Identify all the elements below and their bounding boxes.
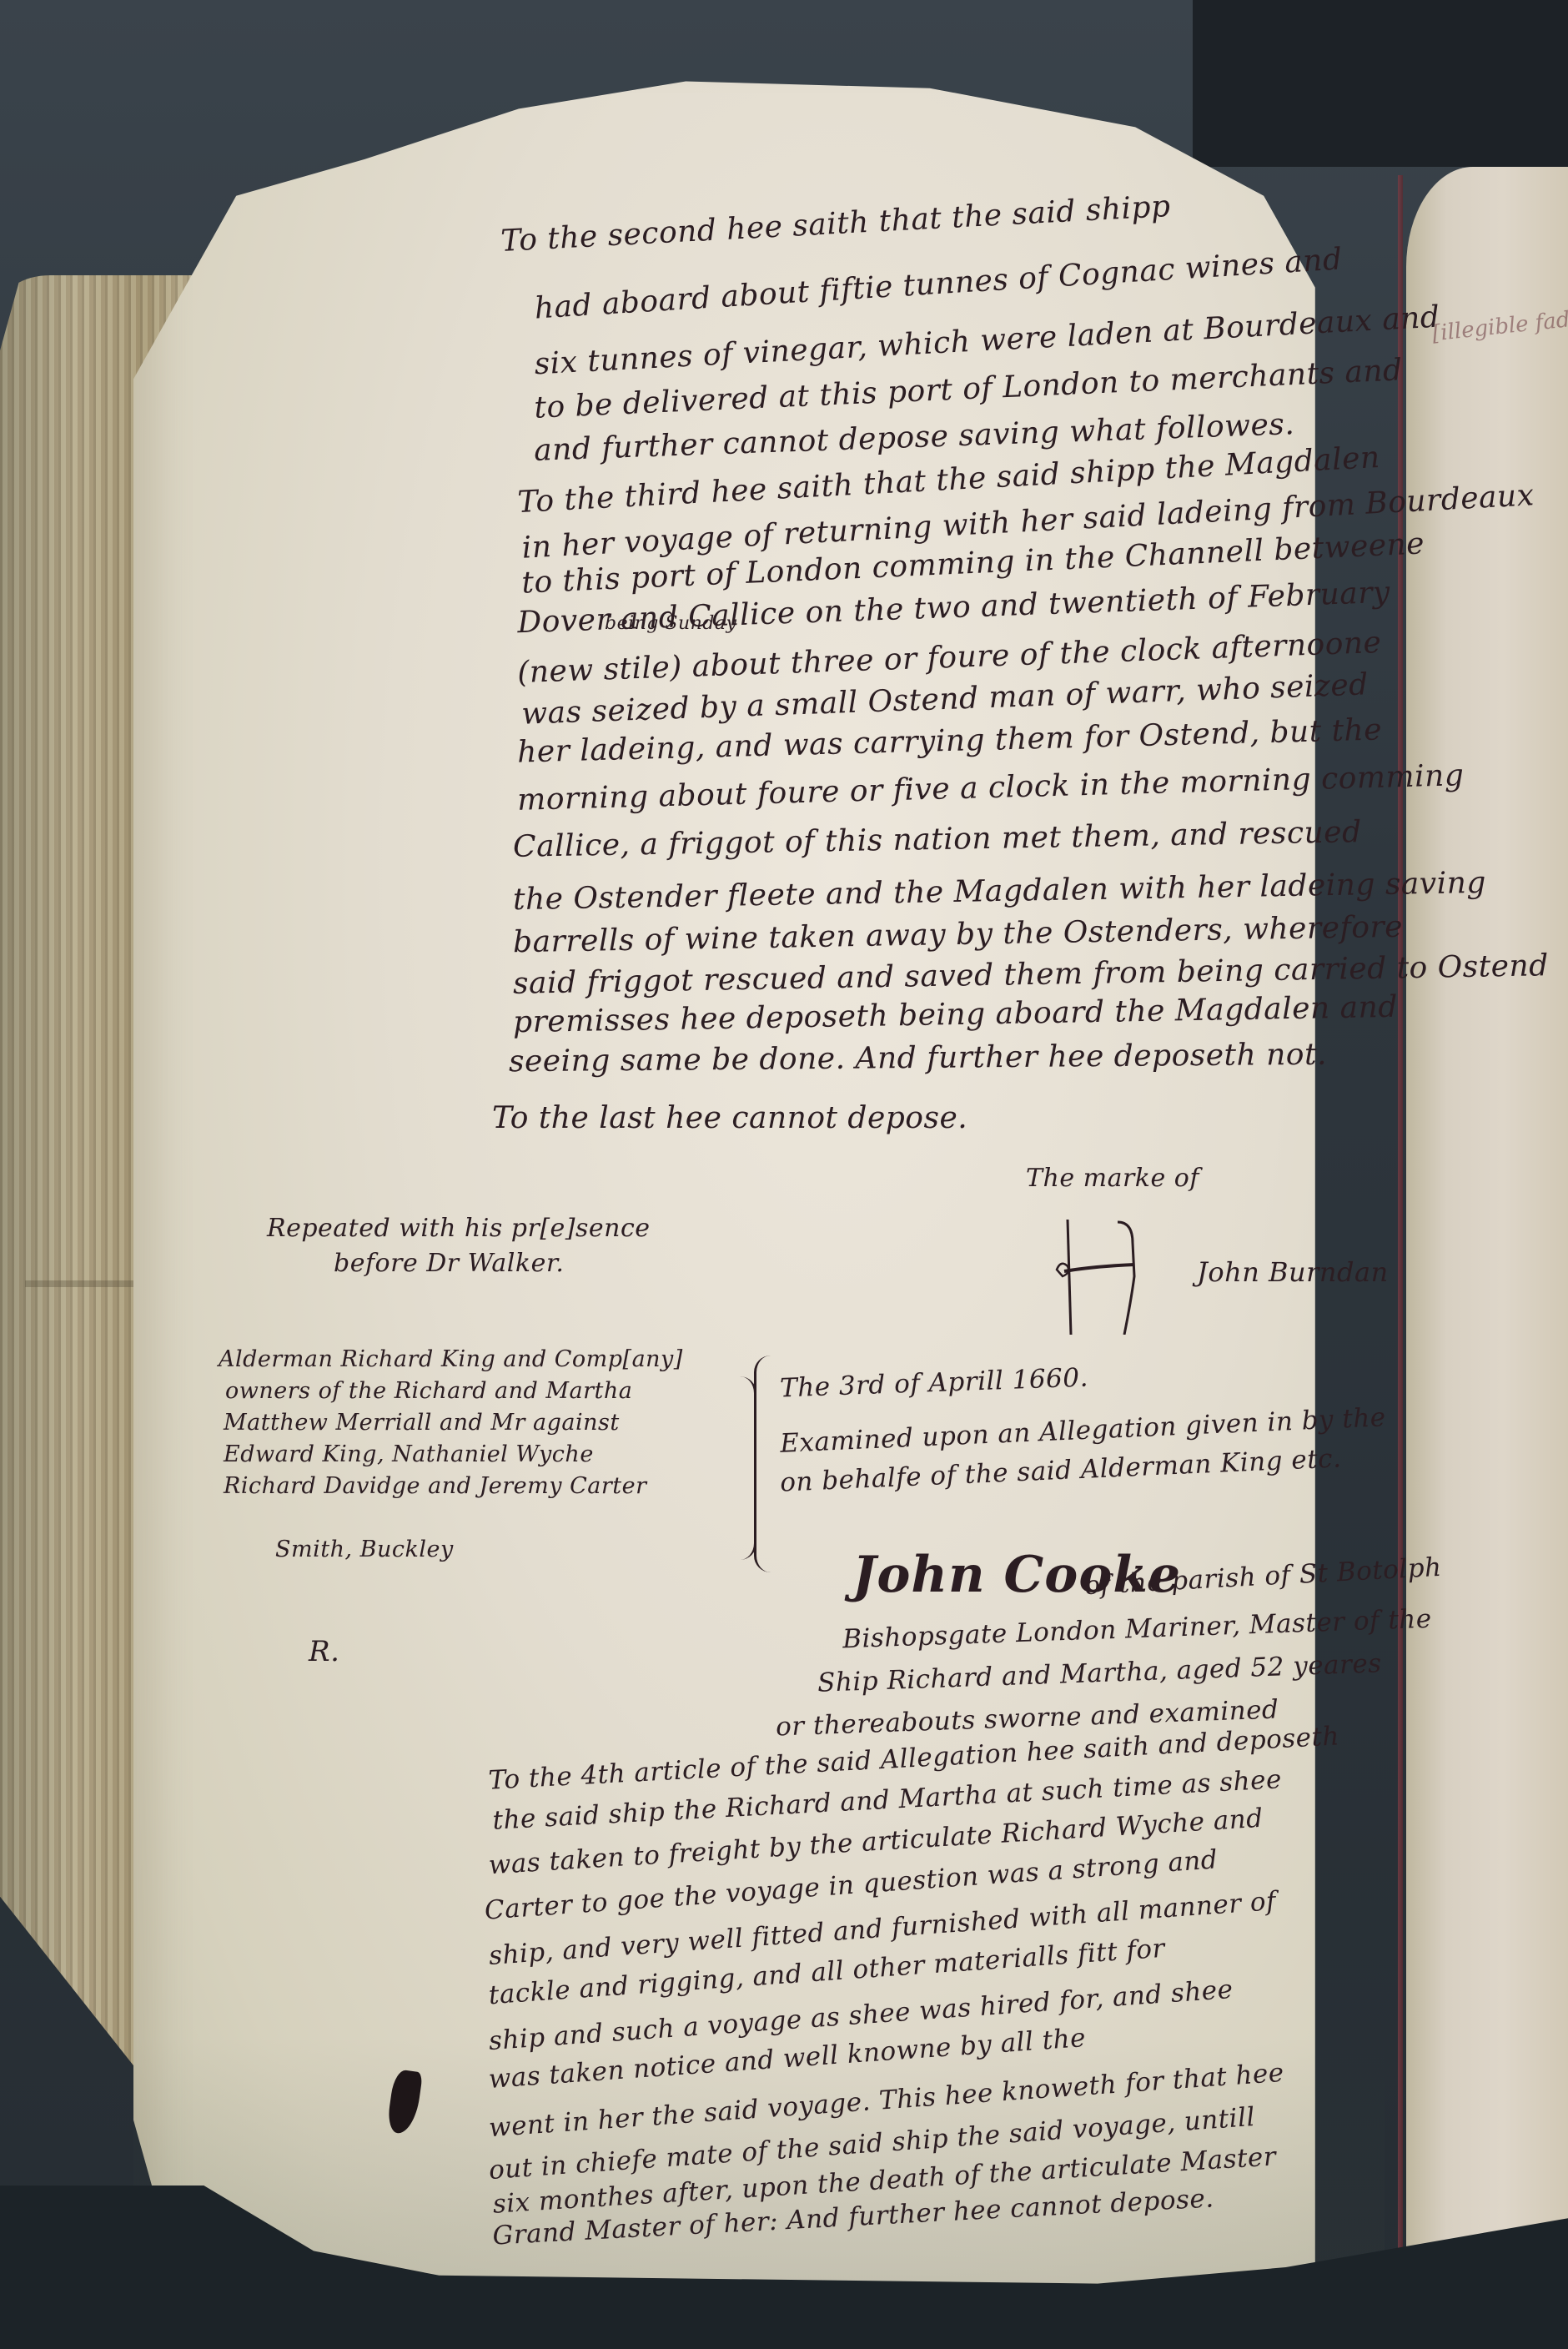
case-heading-line: Smith, Buckley [275,1537,454,1562]
text-line: To the last hee cannot depose. [492,1101,967,1135]
case-heading-line: owners of the Richard and Martha [225,1378,632,1404]
text-line: seeing same be done. And further hee dep… [509,1038,1327,1079]
facing-page-fragment: [illegible faded text, partially visible… [1431,279,1568,347]
dark-background-corner [1193,0,1568,167]
case-heading-line: Alderman Richard King and Comp[any] [219,1346,683,1372]
margin-note-line: Repeated with his pr[e]sence [267,1214,651,1243]
interlineation: being Sunday [605,613,736,634]
case-brace-right [736,1376,756,1560]
case-brace-left [754,1356,775,1572]
signature-name: John Burndan [1197,1256,1389,1288]
margin-note-line: before Dr Walker. [334,1249,564,1278]
case-heading-line: Matthew Merriall and Mr against [224,1410,620,1436]
case-heading-line: Richard Davidge and Jeremy Carter [224,1473,646,1499]
margin-initial: R. [309,1635,339,1668]
signature-mark-icon [1053,1218,1136,1335]
signature-label: The marke of [1026,1164,1199,1193]
case-heading-line: Edward King, Nathaniel Wyche [224,1441,594,1467]
